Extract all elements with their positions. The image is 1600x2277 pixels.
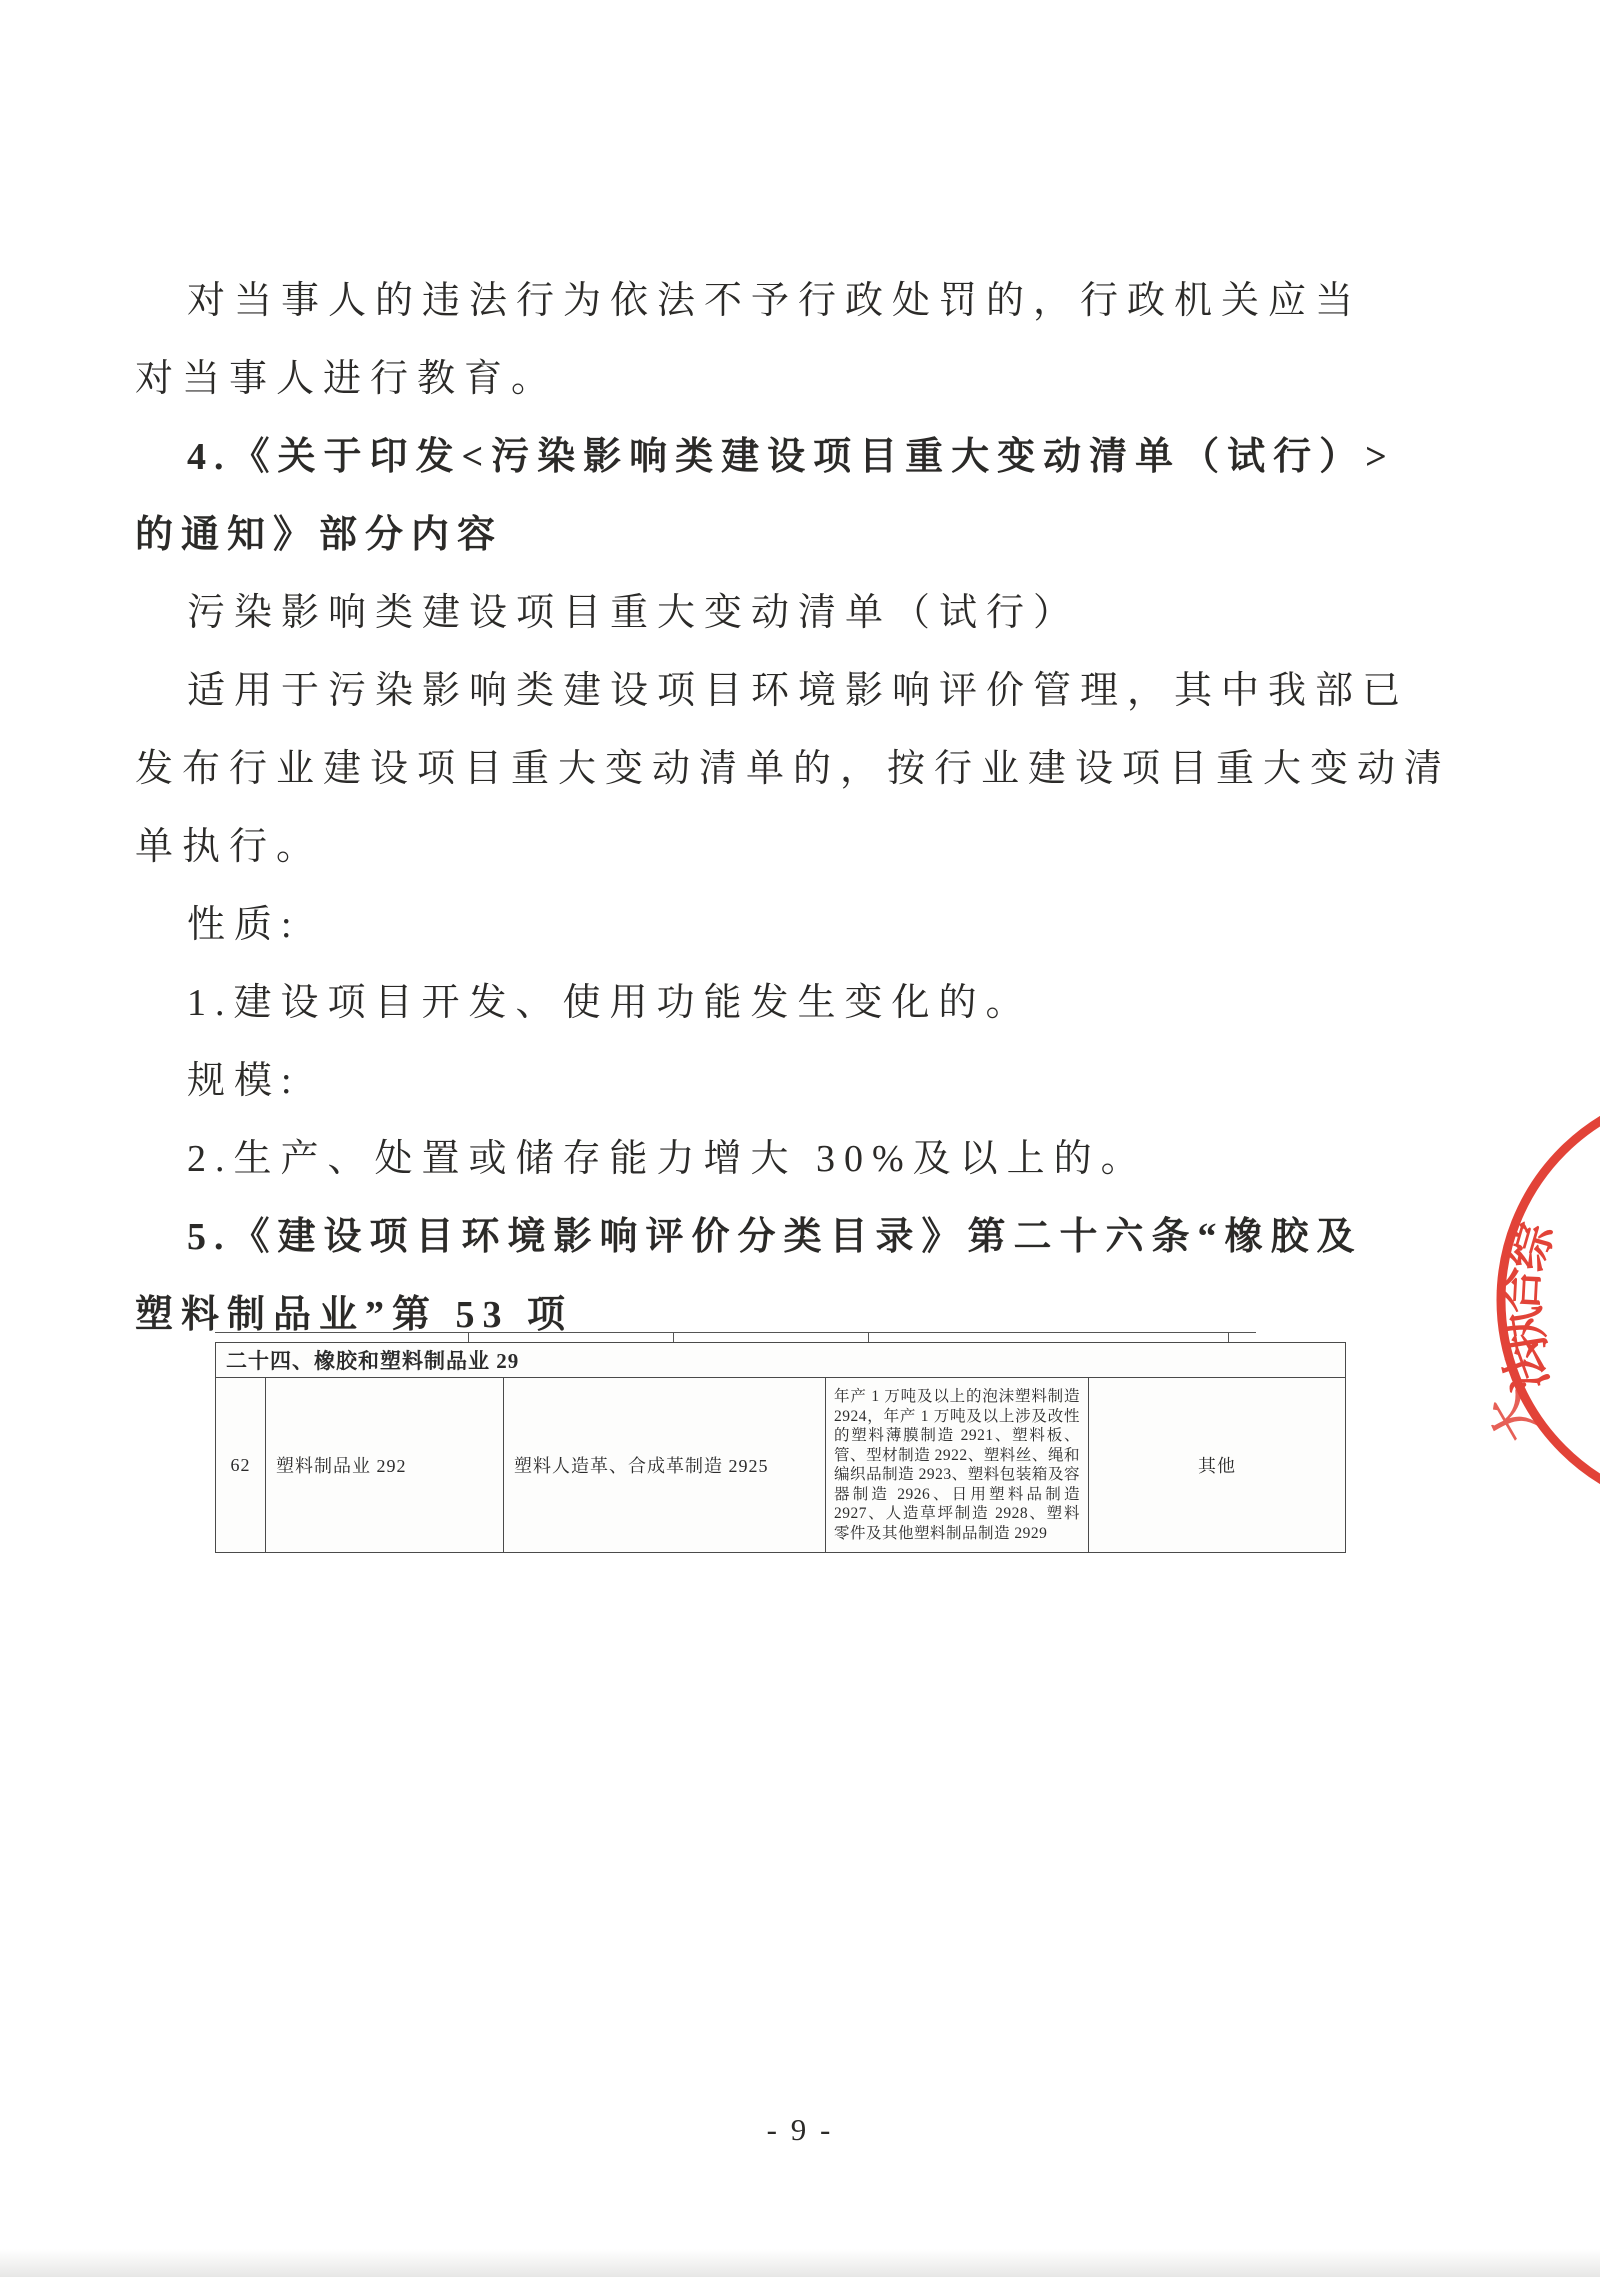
table-scan-tick bbox=[1228, 1333, 1229, 1342]
paragraph-line: 适用于污染影响类建设项目环境影响评价管理，其中我部已 bbox=[135, 652, 1475, 730]
cell-row-number: 62 bbox=[216, 1378, 266, 1553]
cell-detail-items: 年产 1 万吨及以上的泡沫塑料制造 2924，年产 1 万吨及以上涉及改性的塑料… bbox=[826, 1378, 1089, 1553]
paragraph-line: 对当事人的违法行为依法不予行政处罚的，行政机关应当 bbox=[135, 262, 1475, 340]
red-seal-stamp: 综 合 执 法 大 bbox=[1470, 1105, 1600, 1505]
paragraph-line: 1.建设项目开发、使用功能发生变化的。 bbox=[135, 964, 1475, 1042]
scan-edge-artifact bbox=[0, 2249, 1600, 2277]
heading-item-5: 5.《建设项目环境影响评价分类目录》第二十六条“橡胶及 bbox=[135, 1198, 1475, 1276]
document-page: 对当事人的违法行为依法不予行政处罚的，行政机关应当 对当事人进行教育。 4.《关… bbox=[0, 0, 1600, 2277]
heading-item-4-cont: 的通知》部分内容 bbox=[135, 496, 1475, 574]
paragraph-line: 单执行。 bbox=[135, 808, 1475, 886]
classification-table-wrap: 二十四、橡胶和塑料制品业 29 62 塑料制品业 292 塑料人造革、合成革制造… bbox=[215, 1332, 1347, 1553]
heading-item-4: 4.《关于印发<污染影响类建设项目重大变动清单（试行）> bbox=[135, 418, 1475, 496]
cell-other: 其他 bbox=[1089, 1378, 1346, 1553]
table-scan-tick bbox=[868, 1333, 869, 1342]
document-body: 对当事人的违法行为依法不予行政处罚的，行政机关应当 对当事人进行教育。 4.《关… bbox=[135, 262, 1475, 1354]
page-number: - 9 - bbox=[0, 2112, 1600, 2148]
paragraph-line: 污染影响类建设项目重大变动清单（试行） bbox=[135, 574, 1475, 652]
paragraph-line: 对当事人进行教育。 bbox=[135, 340, 1475, 418]
table-section-header-row: 二十四、橡胶和塑料制品业 29 bbox=[216, 1343, 1346, 1378]
paragraph-line: 性质: bbox=[135, 886, 1475, 964]
paragraph-line: 2.生产、处置或储存能力增大 30%及以上的。 bbox=[135, 1120, 1475, 1198]
cell-industry-subcategory: 塑料人造革、合成革制造 2925 bbox=[504, 1378, 826, 1553]
table-section-header-cell: 二十四、橡胶和塑料制品业 29 bbox=[216, 1343, 1346, 1378]
classification-table: 二十四、橡胶和塑料制品业 29 62 塑料制品业 292 塑料人造革、合成革制造… bbox=[215, 1342, 1346, 1553]
table-scan-artifact bbox=[215, 1332, 1256, 1342]
table-scan-tick bbox=[468, 1333, 469, 1342]
paragraph-line: 发布行业建设项目重大变动清单的，按行业建设项目重大变动清 bbox=[135, 730, 1475, 808]
cell-industry-category: 塑料制品业 292 bbox=[266, 1378, 504, 1553]
table-scan-tick bbox=[673, 1333, 674, 1342]
table-row: 62 塑料制品业 292 塑料人造革、合成革制造 2925 年产 1 万吨及以上… bbox=[216, 1378, 1346, 1553]
stamp-char-partial: 大 bbox=[1479, 1384, 1546, 1449]
paragraph-line: 规模: bbox=[135, 1042, 1475, 1120]
